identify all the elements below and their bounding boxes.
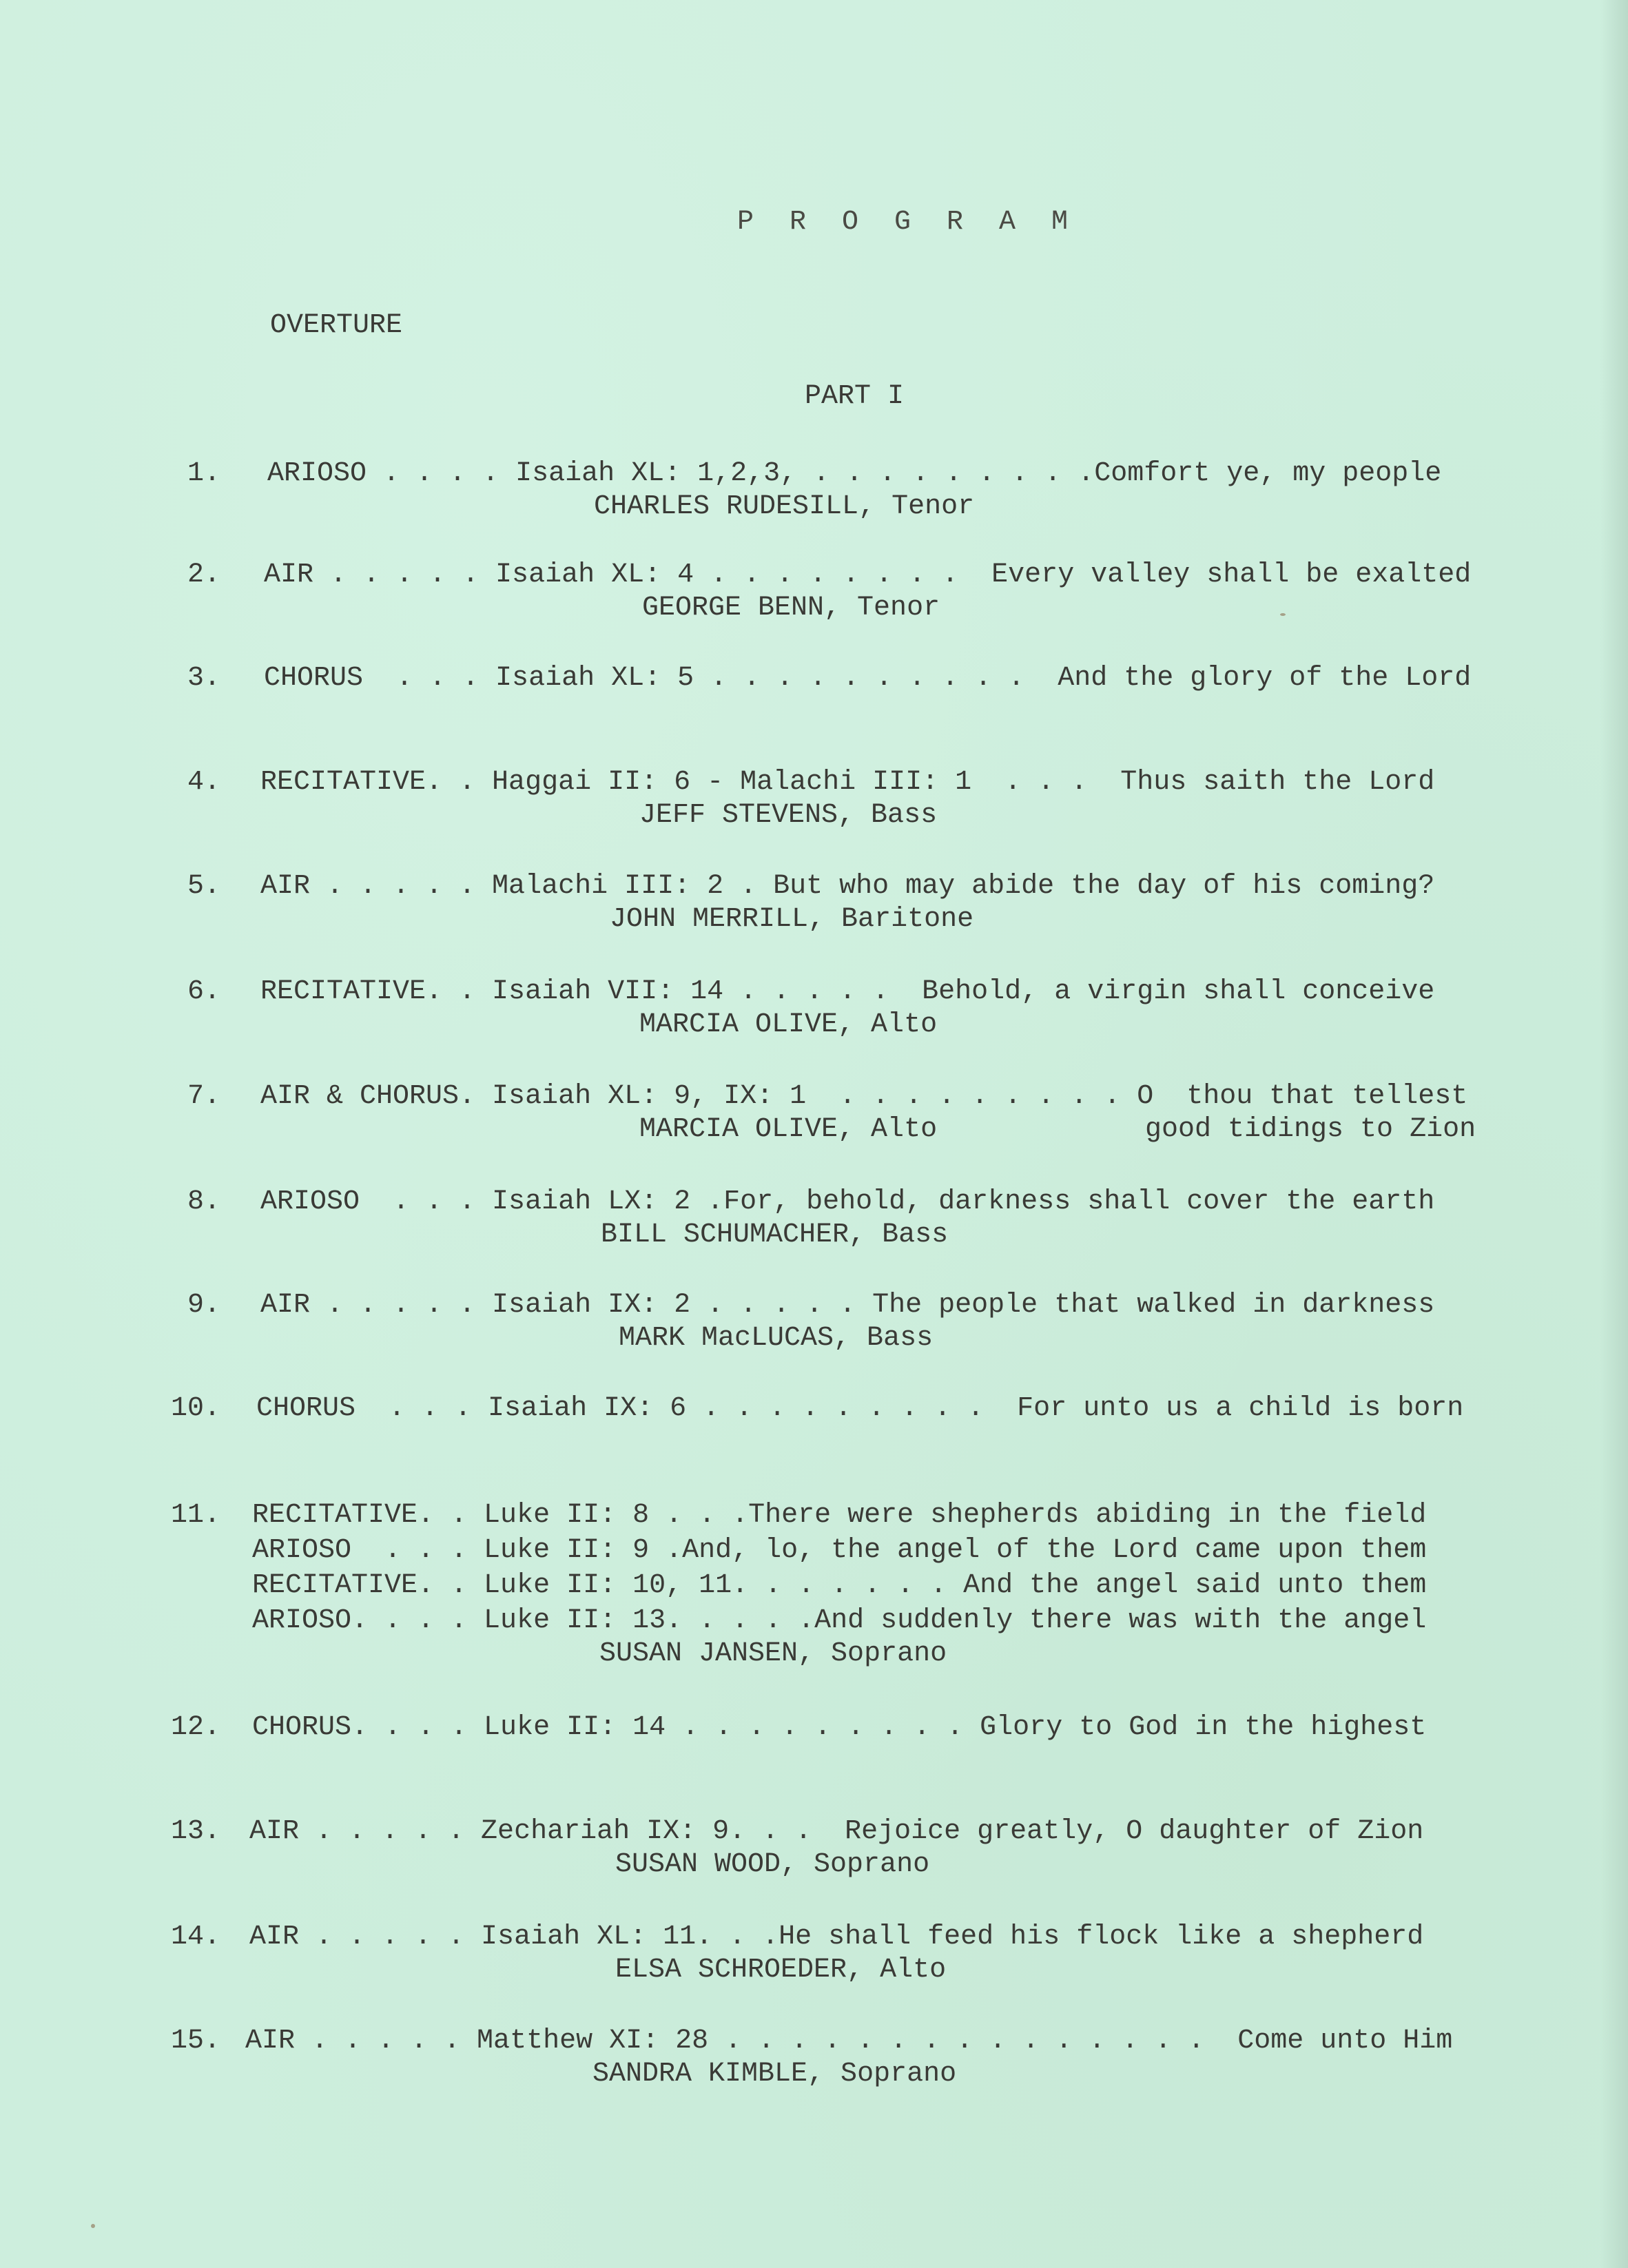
item-singer: BILL SCHUMACHER, Bass	[601, 1219, 948, 1250]
item-line: RECITATIVE. . Haggai II: 6 - Malachi III…	[260, 767, 1434, 798]
item-singer: JEFF STEVENS, Bass	[639, 800, 937, 831]
paper-speck	[91, 2224, 95, 2228]
overture-heading: OVERTURE	[270, 310, 402, 341]
item-singer: GEORGE BENN, Tenor	[642, 592, 940, 623]
paper-edge	[1600, 0, 1628, 2268]
item-line: AIR . . . . . Zechariah IX: 9. . . Rejoi…	[249, 1816, 1423, 1847]
item-line: AIR & CHORUS. Isaiah XL: 9, IX: 1 . . . …	[260, 1081, 1467, 1112]
item-line: AIR . . . . . Isaiah XL: 4 . . . . . . .…	[264, 559, 1471, 590]
item-singer: MARCIA OLIVE, Alto	[639, 1114, 937, 1145]
item-line: AIR . . . . . Isaiah XL: 11. . .He shall…	[249, 1921, 1423, 1952]
item-line: AIR . . . . . Malachi III: 2 . But who m…	[260, 871, 1434, 902]
item-number: 4.	[158, 767, 220, 798]
paper-speck	[1280, 613, 1286, 616]
item-line: CHORUS . . . Isaiah XL: 5 . . . . . . . …	[264, 663, 1471, 694]
item-line: ARIOSO . . . . Isaiah XL: 1,2,3, . . . .…	[267, 458, 1441, 489]
item-number: 13.	[158, 1816, 220, 1847]
item-number: 7.	[158, 1081, 220, 1112]
item-singer: MARK MacLUCAS, Bass	[619, 1323, 933, 1354]
item-line: AIR . . . . . Isaiah IX: 2 . . . . . The…	[260, 1290, 1434, 1321]
item-number: 3.	[158, 663, 220, 694]
item-line: ARIOSO . . . Luke II: 9 .And, lo, the an…	[252, 1535, 1426, 1566]
item-singer: SANDRA KIMBLE, Soprano	[593, 2059, 956, 2090]
item-number: 5.	[158, 871, 220, 902]
item-singer: SUSAN WOOD, Soprano	[615, 1849, 929, 1880]
item-line: RECITATIVE. . Luke II: 10, 11. . . . . .…	[252, 1570, 1426, 1601]
item-line: RECITATIVE. . Isaiah VII: 14 . . . . . B…	[260, 976, 1434, 1007]
item-singer: MARCIA OLIVE, Alto	[639, 1009, 937, 1040]
item-number: 10.	[158, 1393, 220, 1424]
item-line: ARIOSO . . . Isaiah LX: 2 .For, behold, …	[260, 1186, 1434, 1217]
program-page: P R O G R A M OVERTURE PART I 1.ARIOSO .…	[0, 0, 1628, 2268]
item-number: 14.	[158, 1921, 220, 1952]
item-line: ARIOSO. . . . Luke II: 13. . . . .And su…	[252, 1605, 1426, 1636]
item-line: CHORUS. . . . Luke II: 14 . . . . . . . …	[252, 1712, 1426, 1743]
item-number: 12.	[158, 1712, 220, 1743]
part-heading: PART I	[805, 381, 904, 412]
item-number: 1.	[158, 458, 220, 489]
item-number: 2.	[158, 559, 220, 590]
item-line: AIR . . . . . Matthew XI: 28 . . . . . .…	[245, 2025, 1452, 2056]
item-singer: JOHN MERRILL, Baritone	[610, 904, 973, 935]
item-number: 15.	[158, 2025, 220, 2056]
item-singer: CHARLES RUDESILL, Tenor	[594, 491, 974, 522]
item-number: 9.	[158, 1290, 220, 1321]
item-number: 8.	[158, 1186, 220, 1217]
item-singer: SUSAN JANSEN, Soprano	[599, 1638, 947, 1669]
item-number: 11.	[158, 1500, 220, 1531]
program-title: P R O G R A M	[737, 207, 1078, 238]
item-number: 6.	[158, 976, 220, 1007]
item-line: CHORUS . . . Isaiah IX: 6 . . . . . . . …	[256, 1393, 1463, 1424]
item-singer: ELSA SCHROEDER, Alto	[615, 1955, 946, 1986]
item-line: RECITATIVE. . Luke II: 8 . . .There were…	[252, 1500, 1426, 1531]
item-text-continuation: good tidings to Zion	[1145, 1114, 1476, 1145]
